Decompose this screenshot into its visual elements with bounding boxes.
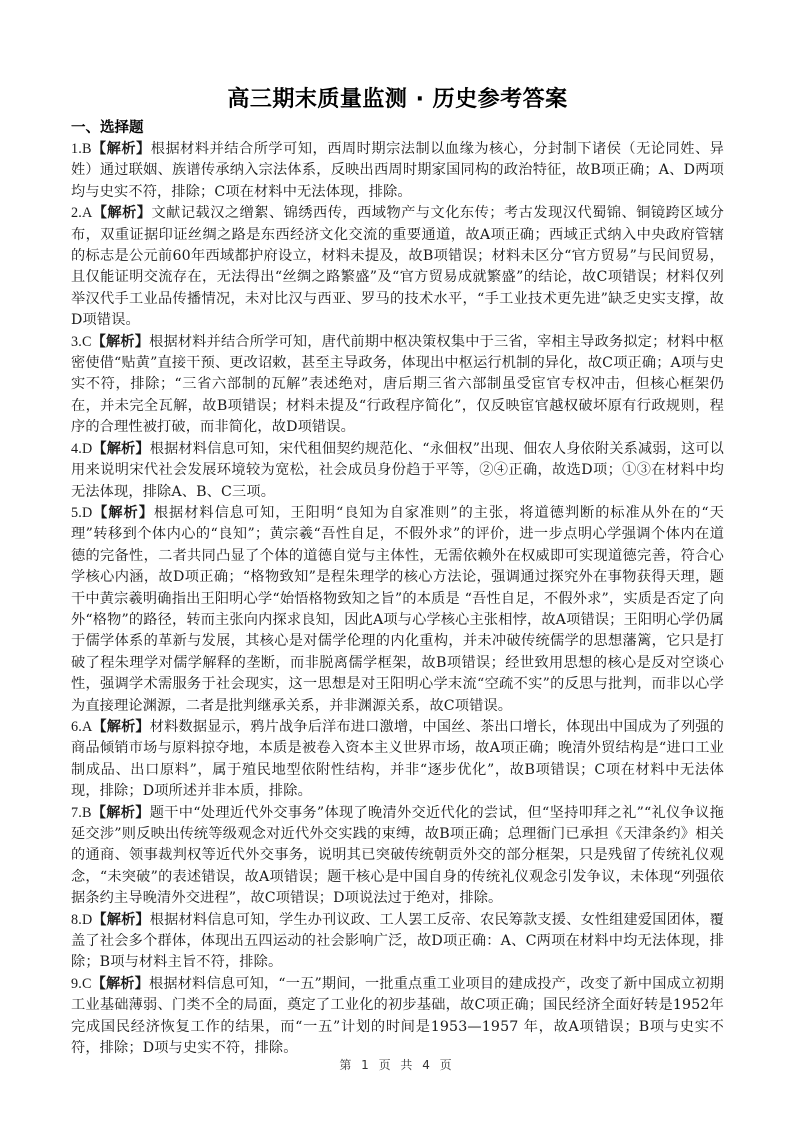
answer-number: 2.A [71, 205, 92, 221]
answer-item: 1.B【解析】根据材料并结合所学可知，西周时期宗法制以血缘为核心，分封制下诸侯（… [71, 139, 724, 203]
answer-number: 3.C [71, 334, 92, 350]
answer-text: 根据材料信息可知，学生办刊议政、工人罢工反帝、农民筹款支援、女性组建爱国团体，覆… [71, 912, 724, 971]
answer-item: 6.A【解析】材料数据显示，鸦片战争后洋布进口激增，中国丝、茶出口增长，体现出中… [71, 717, 724, 803]
section-heading: 一、选择题 [71, 118, 724, 139]
page-title: 高三期末质量监测 · 历史参考答案 [71, 86, 724, 114]
analysis-tag: 【解析】 [92, 441, 149, 457]
answer-text: 题干中“处理近代外交事务”体现了晚清外交近代化的尝试，但“坚持叩拜之礼”“礼仪争… [71, 805, 724, 907]
answer-item: 9.C【解析】根据材料信息可知，“一五”期间，一批重点重工业项目的建成投产，改变… [71, 974, 724, 1060]
analysis-tag: 【解析】 [92, 719, 149, 735]
analysis-tag: 【解析】 [92, 912, 149, 928]
answer-number: 6.A [71, 719, 92, 735]
analysis-tag: 【解析】 [92, 334, 150, 350]
analysis-tag: 【解析】 [92, 141, 151, 157]
answer-number: 4.D [71, 441, 92, 457]
answer-text: 根据材料并结合所学可知，唐代前期中枢决策权集中于三省，宰相主导政务拟定；材料中枢… [71, 334, 724, 436]
answer-item: 8.D【解析】根据材料信息可知，学生办刊议政、工人罢工反帝、农民筹款支援、女性组… [71, 910, 724, 974]
document-page: 高三期末质量监测 · 历史参考答案 一、选择题 1.B【解析】根据材料并结合所学… [71, 86, 724, 1059]
answer-item: 4.D【解析】根据材料信息可知，宋代租佃契约规范化、“永佃权”出现、佃农人身依附… [71, 439, 724, 503]
analysis-tag: 【解析】 [92, 976, 149, 992]
answer-text: 根据材料信息可知，王阳明“良知为自家准则”的主张，将道德判断的标准从外在的“天理… [71, 505, 724, 714]
answer-item: 7.B【解析】题干中“处理近代外交事务”体现了晚清外交近代化的尝试，但“坚持叩拜… [71, 803, 724, 910]
answer-item: 2.A【解析】文献记载汉之缯絮、锦绣西传，西域物产与文化东传；考古发现汉代蜀锦、… [71, 203, 724, 331]
answer-number: 8.D [71, 912, 92, 928]
answer-text: 根据材料信息可知，“一五”期间，一批重点重工业项目的建成投产，改变了新中国成立初… [71, 976, 724, 1056]
answer-number: 1.B [71, 141, 92, 157]
answer-text: 材料数据显示，鸦片战争后洋布进口激增，中国丝、茶出口增长，体现出中国成为了列强的… [71, 719, 724, 799]
answer-item: 5.D【解析】根据材料信息可知，王阳明“良知为自家准则”的主张，将道德判断的标准… [71, 503, 724, 717]
answer-text: 根据材料信息可知，宋代租佃契约规范化、“永佃权”出现、佃农人身依附关系减弱，这可… [71, 441, 724, 500]
analysis-tag: 【解析】 [92, 505, 154, 521]
answer-item: 3.C【解析】根据材料并结合所学可知，唐代前期中枢决策权集中于三省，宰相主导政务… [71, 332, 724, 439]
answer-number: 5.D [71, 505, 92, 521]
answer-number: 7.B [71, 805, 92, 821]
page-footer: 第 1 页 共 4 页 [0, 1056, 794, 1073]
answer-number: 9.C [71, 976, 92, 992]
analysis-tag: 【解析】 [92, 805, 150, 821]
analysis-tag: 【解析】 [92, 205, 151, 221]
answer-text: 文献记载汉之缯絮、锦绣西传，西域物产与文化东传；考古发现汉代蜀锦、铜镜跨区域分布… [71, 205, 724, 328]
answer-text: 根据材料并结合所学可知，西周时期宗法制以血缘为核心，分封制下诸侯（无论同姓、异姓… [71, 141, 724, 200]
